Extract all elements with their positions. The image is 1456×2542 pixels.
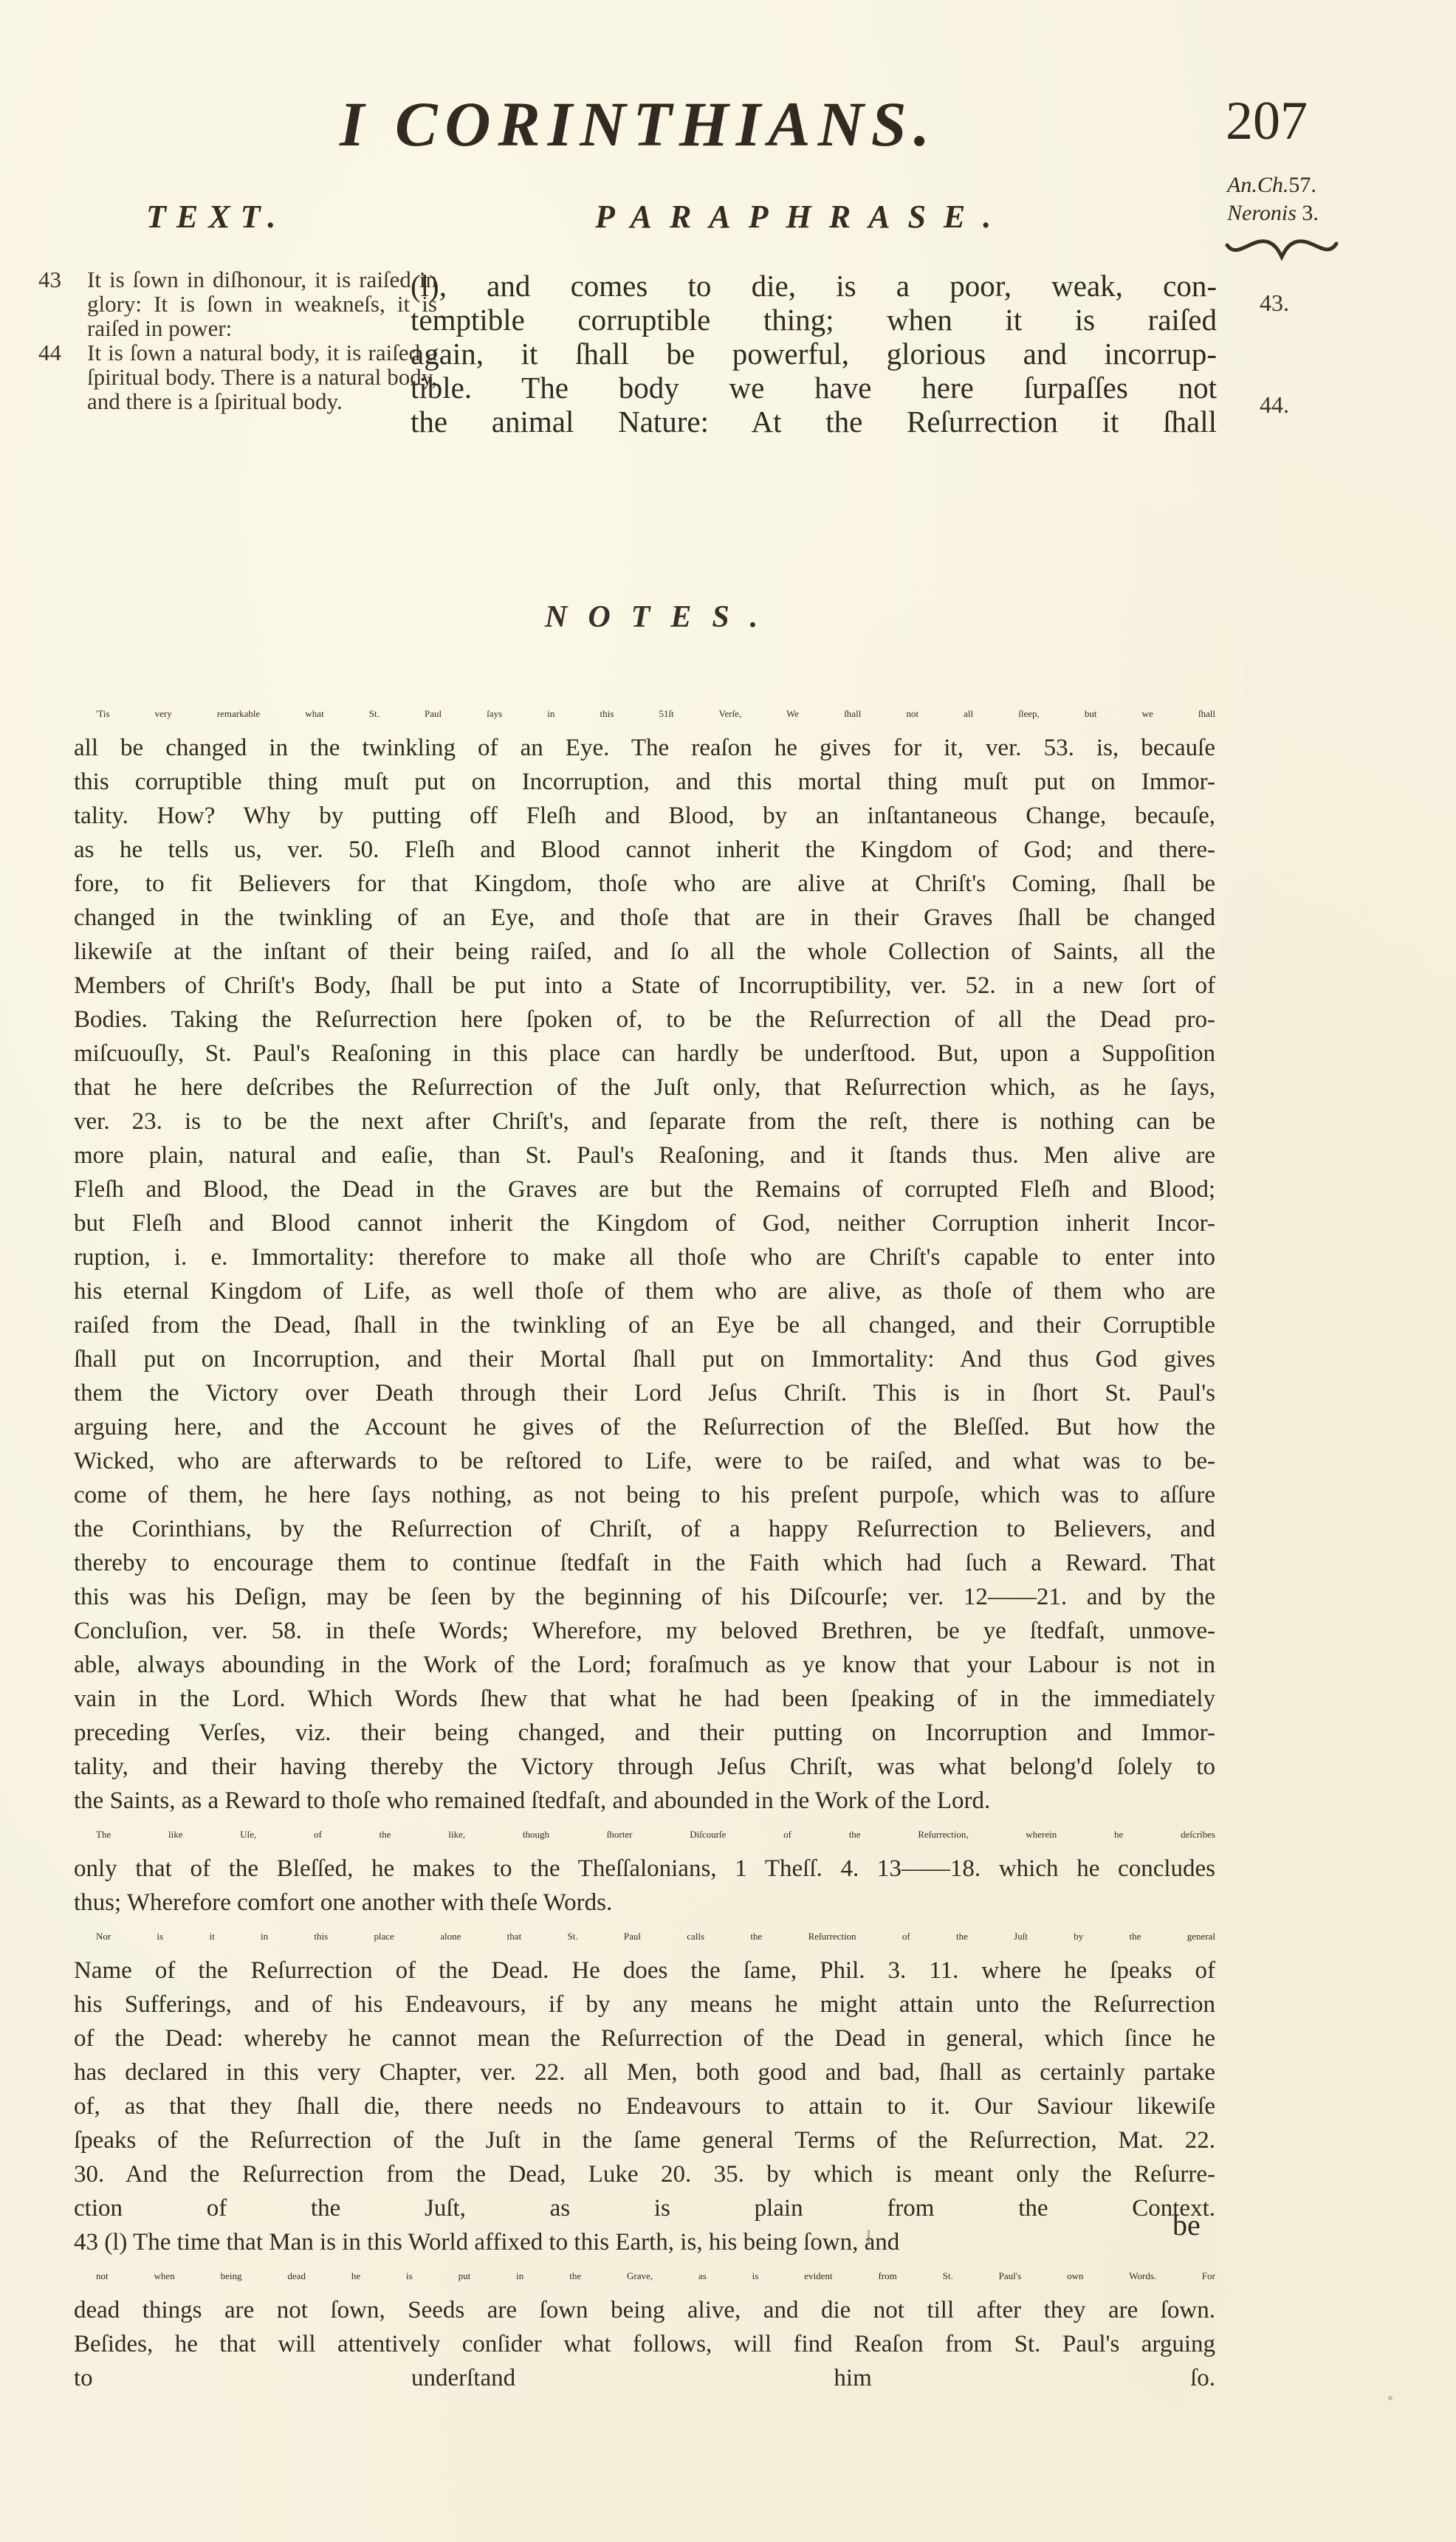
- notes-line: Wicked, who are afterwards to be reſtore…: [74, 1444, 1215, 1478]
- notes-line: likewiſe at the inſtant of their being r…: [74, 935, 1215, 969]
- notes-line: Name of the Reſurrection of the Dead. He…: [74, 1954, 1215, 1988]
- notes-line: 43 (l) The time that Man is in this Worl…: [74, 2225, 1215, 2259]
- notes-line: of the Dead: whereby he cannot mean the …: [74, 2021, 1215, 2055]
- notes-line: 'Tis very remarkable what St. Paul ſays …: [74, 697, 1215, 731]
- notes-line: that he here deſcribes the Reſurrection …: [74, 1071, 1215, 1105]
- margin-verse-44: 44.: [1260, 391, 1289, 419]
- notes-line: ſpeaks of the Reſurrection of the Juſt i…: [74, 2123, 1215, 2157]
- notes-line: his eternal Kingdom of Life, as well tho…: [74, 1274, 1215, 1308]
- notes-line: Nor is it in this place alone that St. P…: [74, 1920, 1215, 1954]
- neronis-value: 3.: [1302, 201, 1319, 225]
- paraphrase-column-heading: PARAPHRASE.: [595, 198, 1009, 236]
- running-title: I CORINTHIANS.: [340, 87, 1078, 161]
- notes-line: more plain, natural and eaſie, than St. …: [74, 1138, 1215, 1172]
- notes-line: to underſtand him ſo.: [74, 2361, 1215, 2395]
- notes-line: them the Victory over Death through thei…: [74, 1376, 1215, 1410]
- notes-line: ruption, i. e. Immortality: therefore to…: [74, 1240, 1215, 1274]
- notes-line: changed in the twinkling of an Eye, and …: [74, 901, 1215, 935]
- anno-christi-value: 57.: [1288, 173, 1316, 197]
- margin-verse-43: 43.: [1260, 289, 1289, 317]
- book-page: I CORINTHIANS. 207 TEXT. PARAPHRASE. An.…: [0, 0, 1456, 2542]
- notes-line: Concluſion, ver. 58. in theſe Words; Whe…: [74, 1614, 1215, 1648]
- notes-line: able, always abounding in the Work of th…: [74, 1648, 1215, 1682]
- notes-line: has declared in this very Chapter, ver. …: [74, 2055, 1215, 2089]
- notes-line: not when being dead he is put in the Gra…: [74, 2259, 1215, 2293]
- paraphrase-line: again, it ſhall be powerful, glorious an…: [411, 337, 1217, 371]
- notes-line: the Saints, as a Reward to thoſe who rem…: [74, 1784, 1215, 1818]
- notes-line: arguing here, and the Account he gives o…: [74, 1410, 1215, 1444]
- verse-number: 43: [38, 267, 61, 292]
- paper-mark: [868, 2230, 870, 2244]
- notes-line: but Fleſh and Blood cannot inherit the K…: [74, 1206, 1215, 1240]
- notes-line: vain in the Lord. Which Words ſhew that …: [74, 1682, 1215, 1716]
- verse-text: It is ſown in diſhonour, it is raiſed in…: [87, 267, 437, 341]
- notes-line: ver. 23. is to be the next after Chriſt'…: [74, 1105, 1215, 1138]
- paraphrase-line: (l), and comes to die, is a poor, weak, …: [411, 269, 1217, 303]
- notes-line: the Corinthians, by the Reſurrection of …: [74, 1512, 1215, 1546]
- notes-line: Members of Chriſt's Body, ſhall be put i…: [74, 969, 1215, 1003]
- paraphrase-line: the animal Nature: At the Reſurrection i…: [411, 405, 1217, 439]
- notes-line: all be changed in the twinkling of an Ey…: [74, 731, 1215, 765]
- notes-line: come of them, he here ſays nothing, as n…: [74, 1478, 1215, 1512]
- notes-heading: NOTES.: [545, 600, 778, 635]
- notes-line: fore, to fit Believers for that Kingdom,…: [74, 867, 1215, 901]
- notes-line: ſhall put on Incorruption, and their Mor…: [74, 1342, 1215, 1376]
- notes-line: The like Uſe, of the like, though ſhorte…: [74, 1818, 1215, 1852]
- notes-line: miſcuouſly, St. Paul's Reaſoning in this…: [74, 1037, 1215, 1071]
- paraphrase-line: temptible corruptible thing; when it is …: [411, 303, 1217, 337]
- notes-line: ction of the Juſt, as is plain from the …: [74, 2191, 1215, 2225]
- notes-body: 'Tis very remarkable what St. Paul ſays …: [74, 697, 1215, 2395]
- notes-line: thereby to encourage them to continue ſt…: [74, 1546, 1215, 1580]
- scripture-text-column: 43 It is ſown in diſhonour, it is raiſed…: [38, 267, 437, 413]
- notes-line: of, as that they ſhall die, there needs …: [74, 2089, 1215, 2123]
- notes-line: 30. And the Reſurrection from the Dead, …: [74, 2157, 1215, 2191]
- verse-43: 43 It is ſown in diſhonour, it is raiſed…: [38, 267, 437, 340]
- anno-christi-label: An.Ch.: [1227, 173, 1288, 197]
- text-column-heading: TEXT.: [146, 198, 286, 236]
- notes-line: tality. How? Why by putting off Fleſh an…: [74, 799, 1215, 833]
- margin-date-note: An.Ch.57. Neronis 3.: [1227, 171, 1319, 227]
- notes-line: as he tells us, ver. 50. Fleſh and Blood…: [74, 833, 1215, 867]
- notes-line: tality, and their having thereby the Vic…: [74, 1750, 1215, 1784]
- notes-line: Beſides, he that will attentively conſid…: [74, 2327, 1215, 2361]
- verse-text: It is ſown a natural body, it is raiſed …: [87, 340, 437, 414]
- catchword: be: [1172, 2208, 1201, 2242]
- page-number: 207: [1226, 90, 1308, 153]
- neronis-label: Neronis: [1227, 201, 1297, 225]
- verse-number: 44: [38, 340, 61, 365]
- notes-line: his Sufferings, and of his Endeavours, i…: [74, 1988, 1215, 2021]
- margin-date-line-1: An.Ch.57.: [1227, 171, 1319, 199]
- paraphrase-line: tible. The body we have here ſurpaſſes n…: [411, 371, 1217, 405]
- margin-date-line-2: Neronis 3.: [1227, 199, 1319, 227]
- brace-ornament-icon: [1223, 235, 1341, 264]
- notes-line: raiſed from the Dead, ſhall in the twink…: [74, 1308, 1215, 1342]
- paraphrase-column: (l), and comes to die, is a poor, weak, …: [411, 269, 1217, 439]
- notes-line: this corruptible thing muſt put on Incor…: [74, 765, 1215, 799]
- verse-44: 44 It is ſown a natural body, it is raiſ…: [38, 340, 437, 413]
- notes-line: Bodies. Taking the Reſurrection here ſpo…: [74, 1003, 1215, 1037]
- notes-line: Fleſh and Blood, the Dead in the Graves …: [74, 1172, 1215, 1206]
- notes-line: only that of the Bleſſed, he makes to th…: [74, 1852, 1215, 1886]
- notes-line: preceding Verſes, viz. their being chang…: [74, 1716, 1215, 1750]
- paper-speck: [1388, 2396, 1393, 2400]
- notes-line: this was his Deſign, may be ſeen by the …: [74, 1580, 1215, 1614]
- notes-line: thus; Wherefore comfort one another with…: [74, 1886, 1215, 1920]
- notes-line: dead things are not ſown, Seeds are ſown…: [74, 2293, 1215, 2327]
